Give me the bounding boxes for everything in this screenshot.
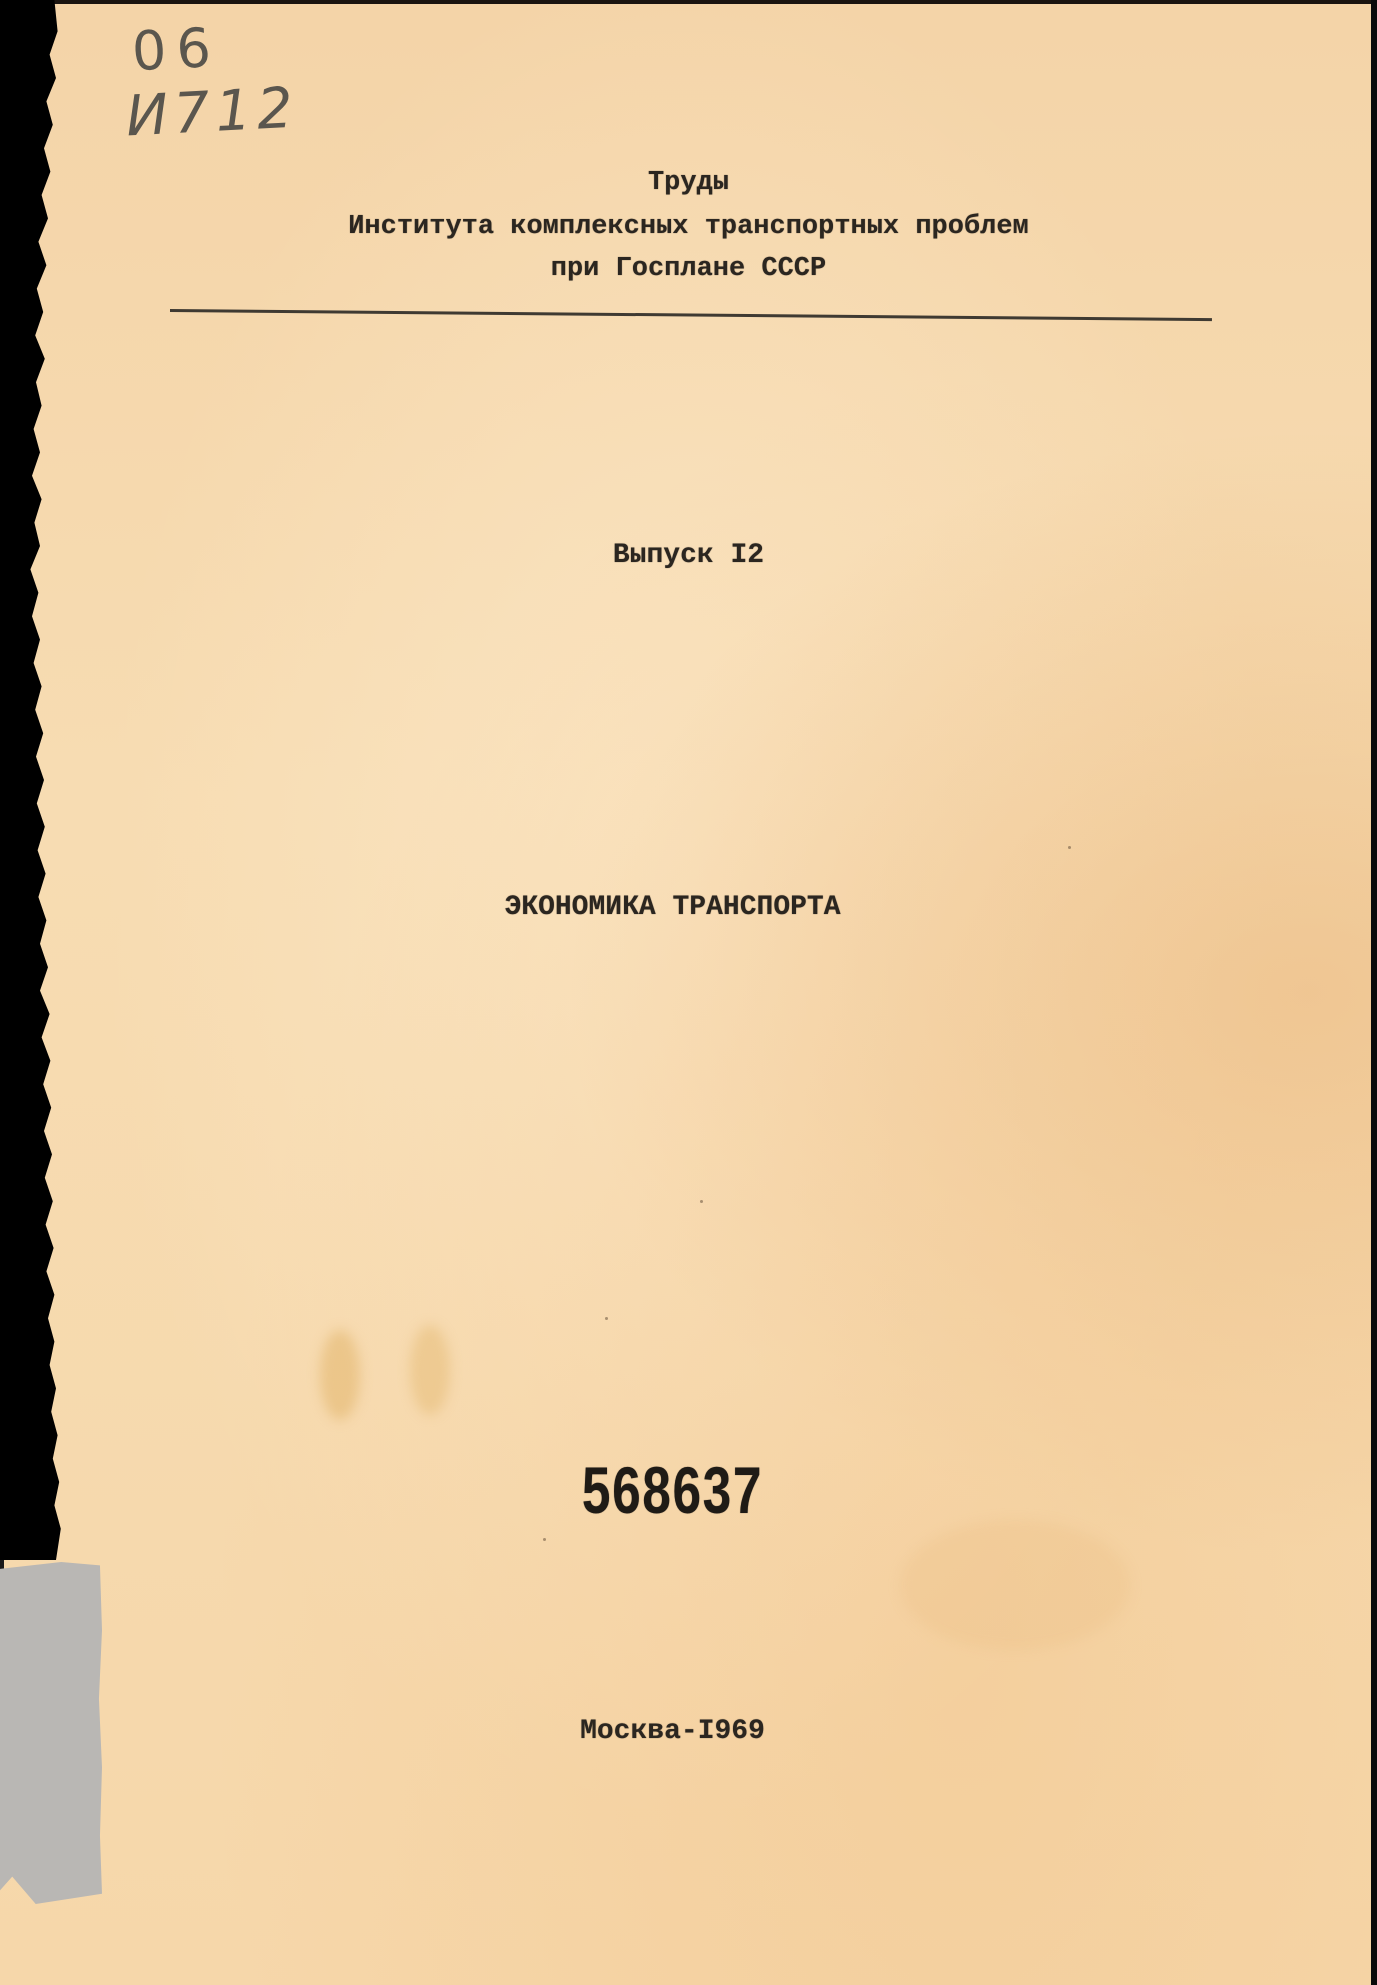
speck — [700, 1200, 703, 1203]
scan-border-right — [1371, 0, 1377, 1985]
stain — [410, 1325, 450, 1415]
header-rule — [170, 309, 1212, 321]
institute-name: Института комплексных транспортных пробл… — [0, 212, 1377, 242]
document-title: ЭКОНОМИКА ТРАНСПОРТА — [0, 892, 1345, 923]
inventory-number-stamp: 568637 — [148, 1452, 1197, 1528]
shelfmark-line-2: И712 — [124, 76, 300, 150]
scanned-page: 06 И712 Труды Института комплексных тран… — [0, 0, 1377, 1985]
issue-number: Выпуск I2 — [0, 540, 1377, 571]
stain — [320, 1330, 360, 1420]
series-title: Труды — [0, 168, 1377, 198]
shelfmark-line-1: 06 — [130, 16, 222, 84]
faded-stamp-area — [900, 1520, 1130, 1650]
speck — [543, 1538, 546, 1541]
speck — [605, 1317, 608, 1320]
imprint: Москва-I969 — [0, 1716, 1345, 1747]
scan-border-top — [0, 0, 1377, 4]
institute-affiliation: при Госплане СССР — [0, 254, 1377, 284]
speck — [1068, 846, 1071, 849]
